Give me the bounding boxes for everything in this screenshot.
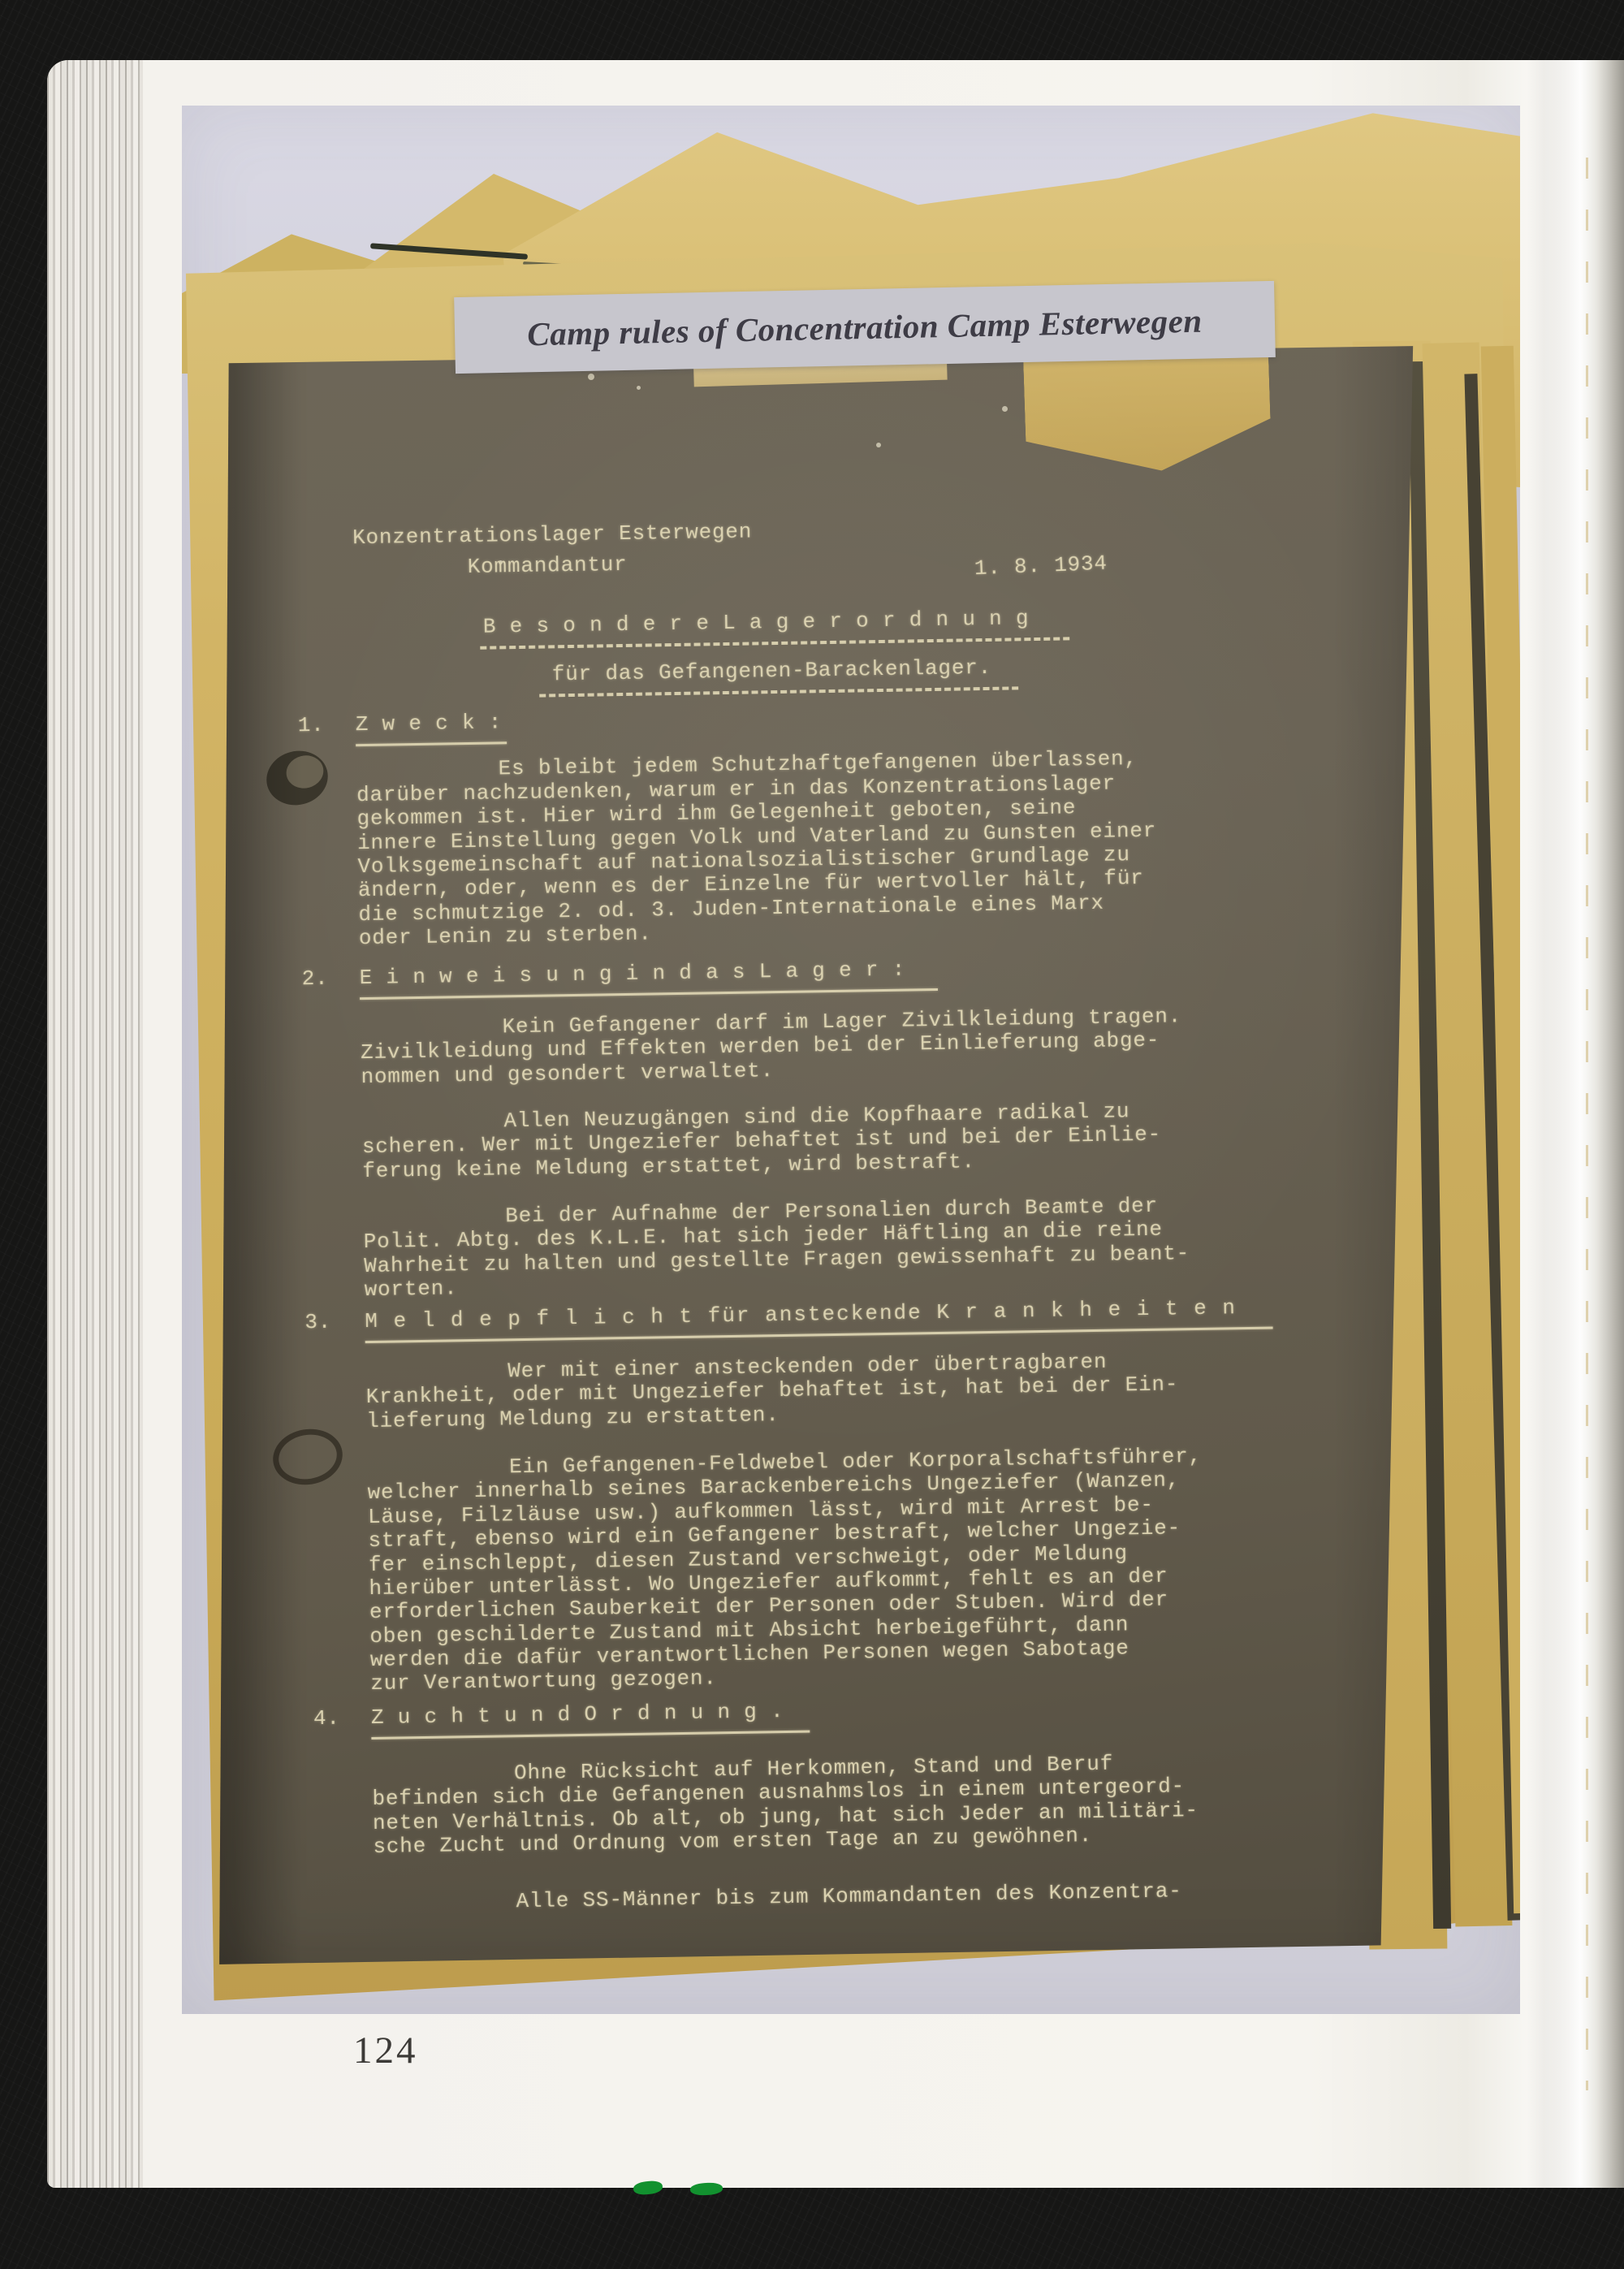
green-mark xyxy=(690,2182,723,2196)
typed-line: nommen und gesondert verwaltet. xyxy=(361,1059,774,1088)
subtitle-underline xyxy=(539,686,1018,697)
section-heading: M e l d e p f l i c h t für ansteckende … xyxy=(365,1296,1237,1333)
doc-org-line: Kommandantur xyxy=(468,553,628,578)
book-scan: General Documents xyxy=(0,0,1624,2269)
section-number: 3. xyxy=(304,1311,331,1334)
typed-line: Alle SS-Männer bis zum Kommandanten des … xyxy=(516,1879,1181,1912)
heading-underline xyxy=(356,741,507,746)
book-gutter xyxy=(1527,60,1624,2188)
section-heading: Z u c h t u n d O r d n u n g . xyxy=(371,1700,784,1729)
typed-line: zur Verantwortung gezogen. xyxy=(370,1666,717,1695)
book-page: General Documents xyxy=(47,60,1624,2188)
gutter-stitch-line xyxy=(1586,158,1588,2090)
typed-line: oder Lenin zu sterben. xyxy=(359,922,652,949)
section-heading: E i n w e i s u n g i n d a s L a g e r … xyxy=(359,958,905,990)
doc-title: B e s o n d e r e L a g e r o r d n u n … xyxy=(483,607,1030,638)
doc-org-line: Konzentrationslager Esterwegen xyxy=(352,520,752,549)
section-number: 4. xyxy=(313,1707,340,1731)
doc-subtitle: für das Gefangenen-Barackenlager. xyxy=(552,656,992,685)
typed-line: lieferung Meldung zu erstatten. xyxy=(366,1403,780,1433)
section-heading: Z w e c k : xyxy=(356,711,503,736)
section-number: 1. xyxy=(298,714,325,737)
doc-date: 1. 8. 1934 xyxy=(974,552,1108,581)
photo-caption: Camp rules of Concentration Camp Esterwe… xyxy=(527,301,1203,354)
heading-underline xyxy=(371,1731,810,1740)
title-underline xyxy=(480,637,1069,649)
typewritten-text: Konzentrationslager Esterwegen Kommandan… xyxy=(182,106,1520,2014)
page-edge-stack xyxy=(47,60,143,2188)
page-number: 124 xyxy=(353,2029,418,2072)
heading-underline xyxy=(360,988,938,1000)
typed-line: worten. xyxy=(364,1277,457,1301)
section-number: 2. xyxy=(301,967,328,991)
photo-plate: Konzentrationslager Esterwegen Kommandan… xyxy=(182,106,1520,2014)
